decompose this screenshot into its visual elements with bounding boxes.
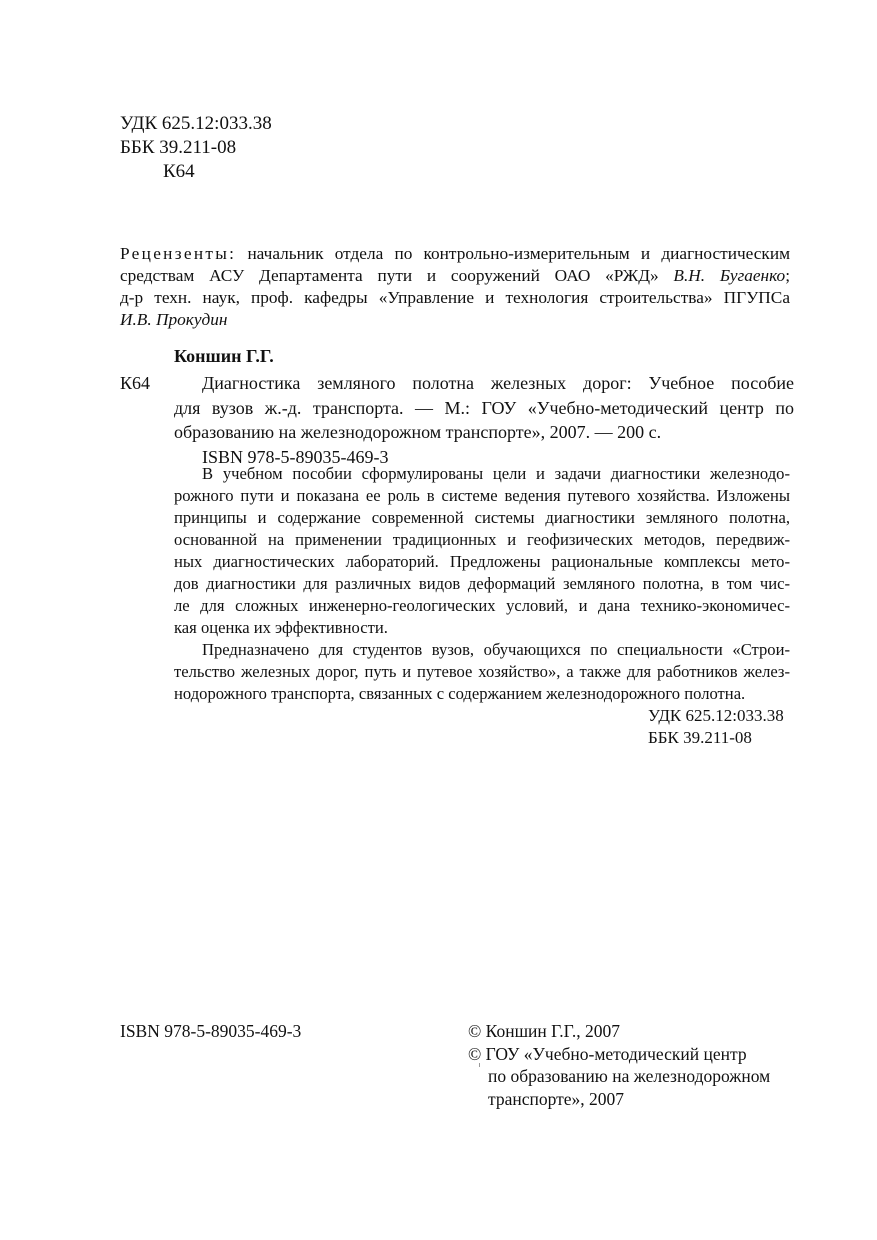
footer-isbn: ISBN 978-5-89035-469-3 [120, 1020, 301, 1042]
abstract-line: принципы и содержание современной систем… [174, 507, 790, 529]
record-author: Коншин Г.Г. [174, 344, 274, 368]
abstract-line: тельство железных дорог, путь и путевое … [174, 661, 790, 683]
reviewers-line: средствам АСУ Департамента пути и сооруж… [120, 265, 790, 287]
author-mark: К64 [120, 160, 272, 184]
udk-code: УДК 625.12:033.38 [120, 112, 272, 136]
copyright-line: © Коншин Г.Г., 2007 [468, 1020, 770, 1043]
record-line: образованию на железнодорожном транспорт… [174, 420, 794, 445]
reviewers-block: Рецензенты: начальник отдела по контроль… [120, 243, 790, 331]
abstract-line: В учебном пособии сформулированы цели и … [174, 463, 790, 485]
copyright-line: © ГОУ «Учебно-методический центр [468, 1043, 770, 1066]
scan-speck [479, 1063, 480, 1067]
abstract-line: дов диагностики для различных видов дефо… [174, 573, 790, 595]
reviewers-label: Рецензенты: [120, 244, 236, 263]
abstract: В учебном пособии сформулированы цели и … [174, 463, 790, 705]
classification-bottom: УДК 625.12:033.38 ББК 39.211-08 [648, 705, 784, 749]
abstract-line: ле для сложных инженерно-геологических у… [174, 595, 790, 617]
reviewer-name: И.В. Прокудин [120, 310, 227, 329]
bbk-code: ББК 39.211-08 [648, 727, 784, 749]
reviewers-line: Рецензенты: начальник отдела по контроль… [120, 243, 790, 265]
udk-code: УДК 625.12:033.38 [648, 705, 784, 727]
bibliographic-record: Диагностика земляного полотна железных д… [174, 371, 794, 469]
record-author-mark: К64 [120, 371, 150, 395]
record-line: Диагностика земляного полотна железных д… [174, 371, 794, 396]
abstract-line: Предназначено для студентов вузов, обуча… [174, 639, 790, 661]
record-line: для вузов ж.-д. транспорта. — М.: ГОУ «У… [174, 396, 794, 421]
abstract-line: ных диагностических лабораторий. Предлож… [174, 551, 790, 573]
abstract-line: нодорожного транспорта, связанных с соде… [174, 683, 790, 705]
abstract-line: основанной на применении традиционных и … [174, 529, 790, 551]
copyright-block: © Коншин Г.Г., 2007 © ГОУ «Учебно-методи… [468, 1020, 770, 1110]
reviewers-line: д-р техн. наук, проф. кафедры «Управлени… [120, 287, 790, 309]
reviewer-name: В.Н. Бугаенко [673, 266, 785, 285]
bbk-code: ББК 39.211-08 [120, 136, 272, 160]
abstract-line: кая оценка их эффективности. [174, 617, 790, 639]
classification-header: УДК 625.12:033.38 ББК 39.211-08 К64 [120, 112, 272, 184]
abstract-line: рожного пути и показана ее роль в систем… [174, 485, 790, 507]
copyright-line: транспорте», 2007 [468, 1088, 770, 1111]
reviewers-line: И.В. Прокудин [120, 309, 790, 331]
copyright-line: по образованию на железнодорожном [468, 1065, 770, 1088]
